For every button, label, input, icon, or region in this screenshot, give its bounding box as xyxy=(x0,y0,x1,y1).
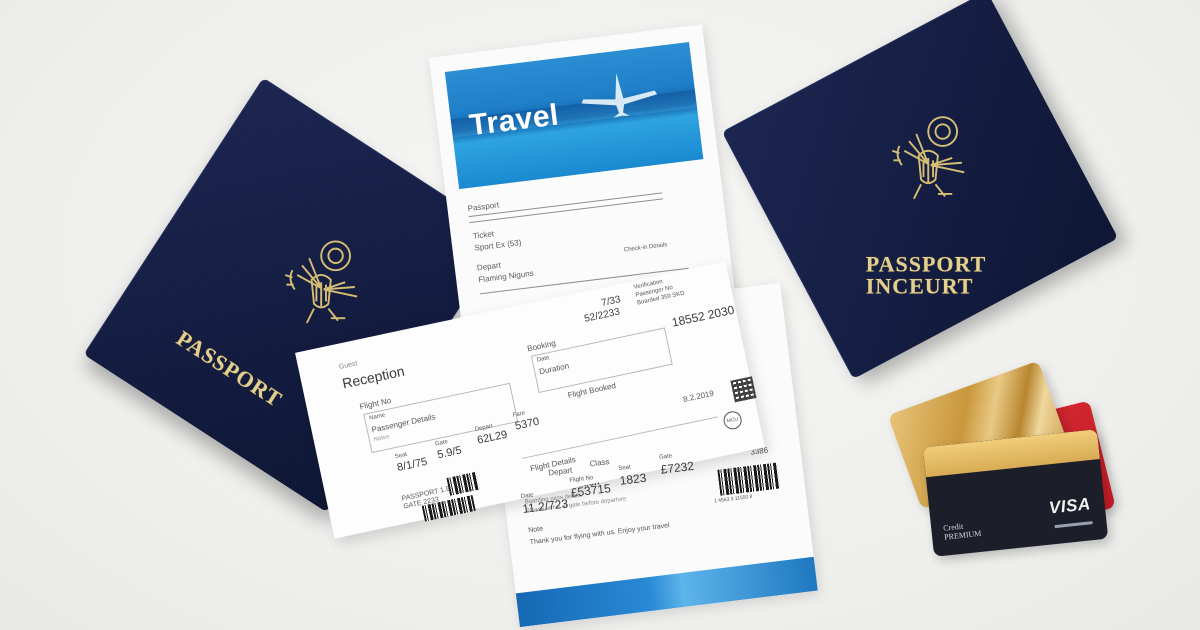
footer-note: Thank you for flying with us. Enjoy your… xyxy=(529,522,670,546)
card-hologram xyxy=(1055,521,1093,528)
airplane-icon xyxy=(576,64,661,123)
value: £53715 xyxy=(570,481,611,500)
brochure-field: Ticket xyxy=(472,229,494,240)
stamp-icon: MCU xyxy=(722,410,743,431)
value: 5370 xyxy=(514,416,540,433)
brochure-title: Travel xyxy=(468,99,561,144)
brochure-field: Check-in Details xyxy=(624,242,668,253)
box-label: Date xyxy=(536,355,550,364)
eagle-seal-icon xyxy=(261,222,381,342)
small-label: Guest xyxy=(338,360,358,371)
value-label: Gate xyxy=(659,453,673,461)
brochure-hero-image: Travel xyxy=(445,42,704,189)
qr-code xyxy=(730,376,756,402)
box-label: Name xyxy=(369,413,386,422)
blue-band xyxy=(506,556,818,628)
value-label: Date xyxy=(521,493,534,501)
passport-label-line2: INCEURT xyxy=(866,275,987,297)
passport-label: PASSPORT INCEURT xyxy=(866,253,987,297)
brochure-field: Depart xyxy=(476,261,501,273)
footer-note-label: Note xyxy=(528,526,544,535)
box-label: Notes xyxy=(373,434,390,443)
label: Class xyxy=(589,457,610,468)
brochure-field: Passport xyxy=(467,200,499,213)
value: 11.2/723 xyxy=(522,496,569,515)
brochure-field: Sport Ex (53) xyxy=(474,238,522,253)
booking-number: 18552 2030 xyxy=(671,303,736,330)
passport-label-line1: PASSPORT xyxy=(866,253,987,275)
value: 5.9/5 xyxy=(436,444,462,461)
value: £7232 xyxy=(660,459,695,477)
card-type: Credit PREMIUM xyxy=(943,520,982,542)
label: Depart xyxy=(548,466,573,478)
box-value: Duration xyxy=(538,361,569,376)
value-label: Seat xyxy=(618,465,631,472)
credit-card-visa: Credit PREMIUM VISA xyxy=(923,429,1109,557)
date-code: 8.2.2019 xyxy=(682,389,714,404)
eagle-seal-icon xyxy=(868,98,988,218)
value: 1823 xyxy=(619,471,647,488)
visa-logo-icon: VISA xyxy=(1048,494,1092,518)
code: 52/2233 xyxy=(583,307,621,325)
barcode-small xyxy=(446,472,479,496)
